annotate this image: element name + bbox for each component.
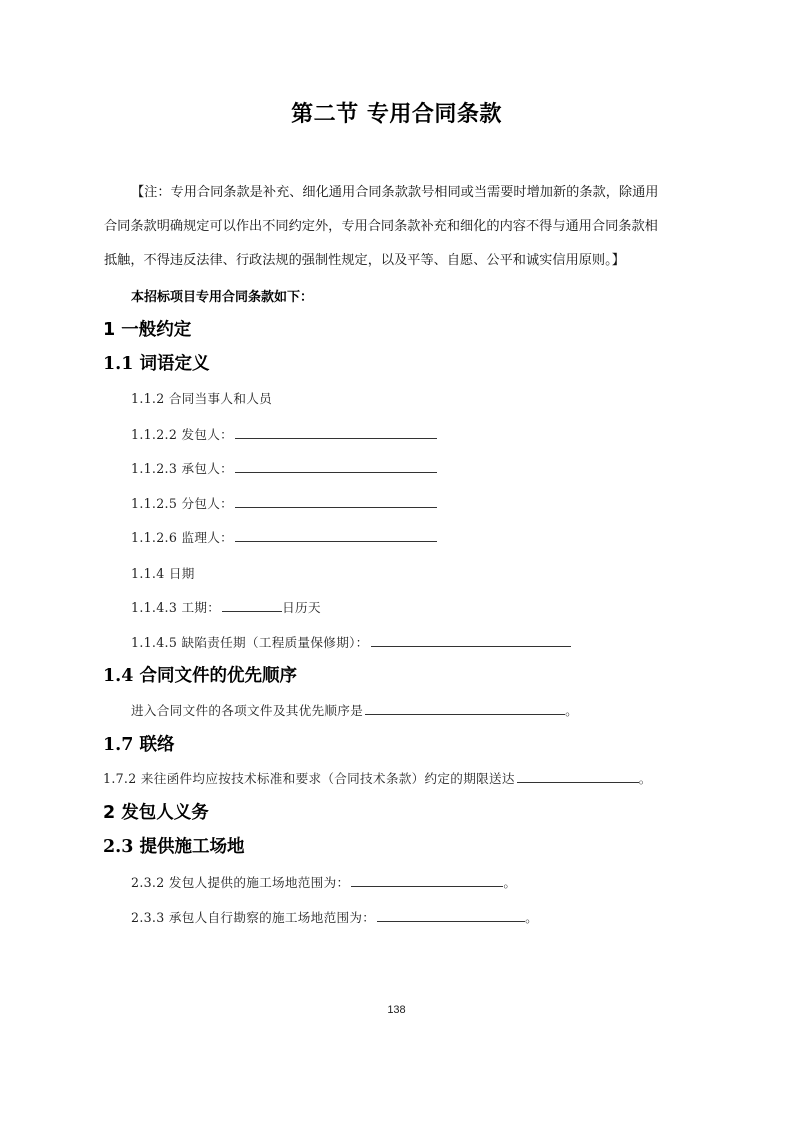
item-supervisor: 1.1.2.6 监理人： bbox=[131, 527, 437, 546]
defects-period-blank-field[interactable] bbox=[371, 634, 571, 647]
item-defects-period: 1.1.4.5 缺陷责任期（工程质量保修期）： bbox=[131, 632, 571, 651]
duration-label: 1.1.4.3 工期： bbox=[131, 600, 220, 615]
note-line-2: 合同条款明确规定可以作出不同约定外，专用合同条款补充和细化的内容不得与通用合同条… bbox=[104, 215, 658, 234]
item-1-1-4: 1.1.4 日期 bbox=[131, 563, 195, 582]
delivery-deadline-blank-field[interactable] bbox=[517, 770, 639, 783]
delivery-label: 1.7.2 来往函件均应按技术标准和要求（合同技术条款）约定的期限送达 bbox=[103, 771, 515, 786]
heading-2-3-site: 2.3 提供施工场地 bbox=[103, 833, 245, 858]
item-contractor: 1.1.2.3 承包人： bbox=[131, 458, 437, 477]
defects-period-label: 1.1.4.5 缺陷责任期（工程质量保修期）： bbox=[131, 635, 369, 650]
priority-order-blank-field[interactable] bbox=[365, 702, 565, 715]
item-duration: 1.1.4.3 工期：日历天 bbox=[131, 597, 321, 616]
duration-unit: 日历天 bbox=[282, 600, 321, 615]
subcontractor-label: 1.1.2.5 分包人： bbox=[131, 496, 233, 511]
duration-blank-field[interactable] bbox=[222, 599, 282, 612]
item-subcontractor: 1.1.2.5 分包人： bbox=[131, 493, 437, 512]
employer-blank-field[interactable] bbox=[235, 426, 437, 439]
supervisor-blank-field[interactable] bbox=[235, 529, 437, 542]
item-2-3-3: 2.3.3 承包人自行勘察的施工场地范围为：。 bbox=[131, 907, 538, 926]
note-line-3: 抵触，不得违反法律、行政法规的强制性规定，以及平等、自愿、公平和诚实信用原则。】 bbox=[104, 249, 625, 268]
site-provided-blank-field[interactable] bbox=[351, 874, 503, 887]
item-employer: 1.1.2.2 发包人： bbox=[131, 424, 437, 443]
item-1-7-2: 1.7.2 来往函件均应按技术标准和要求（合同技术条款）约定的期限送达。 bbox=[103, 768, 652, 787]
site-provided-label: 2.3.2 发包人提供的施工场地范围为： bbox=[131, 875, 349, 890]
contractor-blank-field[interactable] bbox=[235, 460, 437, 473]
site-surveyed-blank-field[interactable] bbox=[377, 909, 525, 922]
heading-1-4-priority: 1.4 合同文件的优先顺序 bbox=[103, 662, 297, 687]
subcontractor-blank-field[interactable] bbox=[235, 495, 437, 508]
employer-label: 1.1.2.2 发包人： bbox=[131, 427, 233, 442]
heading-1-general: 1 一般约定 bbox=[103, 316, 191, 341]
document-page: 第二节 专用合同条款 【注：专用合同条款是补充、细化通用合同条款款号相同或当需要… bbox=[0, 0, 793, 1122]
priority-order-label: 进入合同文件的各项文件及其优先顺序是 bbox=[131, 703, 363, 718]
item-1-1-2: 1.1.2 合同当事人和人员 bbox=[131, 388, 272, 407]
heading-1-7-contact: 1.7 联络 bbox=[103, 731, 175, 756]
intro-text: 本招标项目专用合同条款如下： bbox=[131, 286, 313, 305]
heading-2-employer-obligations: 2 发包人义务 bbox=[103, 799, 209, 824]
heading-1-1-definitions: 1.1 词语定义 bbox=[103, 350, 210, 375]
site-surveyed-label: 2.3.3 承包人自行勘察的施工场地范围为： bbox=[131, 910, 375, 925]
page-number: 138 bbox=[0, 1004, 793, 1016]
item-priority-order: 进入合同文件的各项文件及其优先顺序是。 bbox=[131, 700, 578, 719]
supervisor-label: 1.1.2.6 监理人： bbox=[131, 530, 233, 545]
page-title: 第二节 专用合同条款 bbox=[0, 97, 793, 128]
note-line-1: 【注：专用合同条款是补充、细化通用合同条款款号相同或当需要时增加新的条款，除通用 bbox=[131, 181, 659, 200]
contractor-label: 1.1.2.3 承包人： bbox=[131, 461, 233, 476]
item-2-3-2: 2.3.2 发包人提供的施工场地范围为：。 bbox=[131, 872, 516, 891]
